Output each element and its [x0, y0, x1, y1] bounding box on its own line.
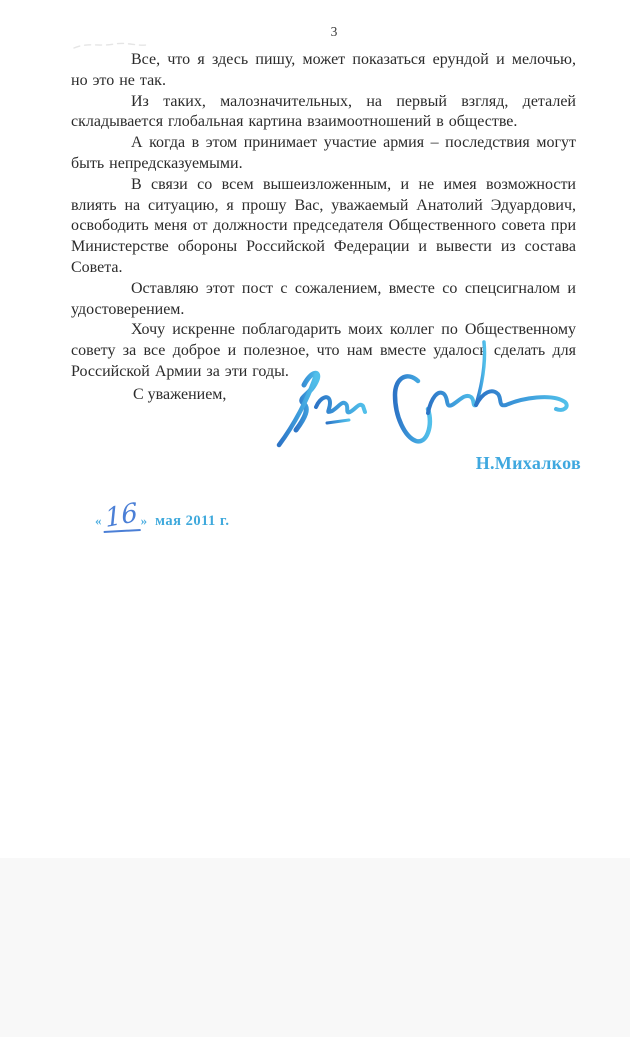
- signer-name: Н.Михалков: [476, 453, 581, 474]
- closing-salutation: С уважением,: [133, 386, 226, 404]
- date-line: « 16 » мая 2011 г.: [95, 496, 230, 532]
- paragraph: Из таких, малозначительных, на первый вз…: [71, 92, 576, 134]
- date-month-year: мая 2011 г.: [155, 513, 229, 532]
- date-close-quote: »: [141, 513, 148, 532]
- date-open-quote: «: [95, 513, 102, 532]
- signature-ink: [268, 333, 578, 455]
- paragraph: А когда в этом принимает участие армия –…: [71, 133, 576, 175]
- paragraph: В связи со всем вышеизложенным, и не име…: [71, 175, 576, 279]
- paragraph: Все, что я здесь пишу, может показаться …: [71, 50, 576, 92]
- document-page: 3 Все, что я здесь пишу, может показатьс…: [0, 0, 630, 1037]
- scan-shadow-band: [0, 858, 630, 1037]
- paragraph: Оставляю этот пост с сожалением, вместе …: [71, 279, 576, 321]
- page-number: 3: [0, 24, 630, 40]
- date-day-underline: 16: [102, 503, 141, 533]
- date-day-handwritten: 16: [104, 501, 139, 531]
